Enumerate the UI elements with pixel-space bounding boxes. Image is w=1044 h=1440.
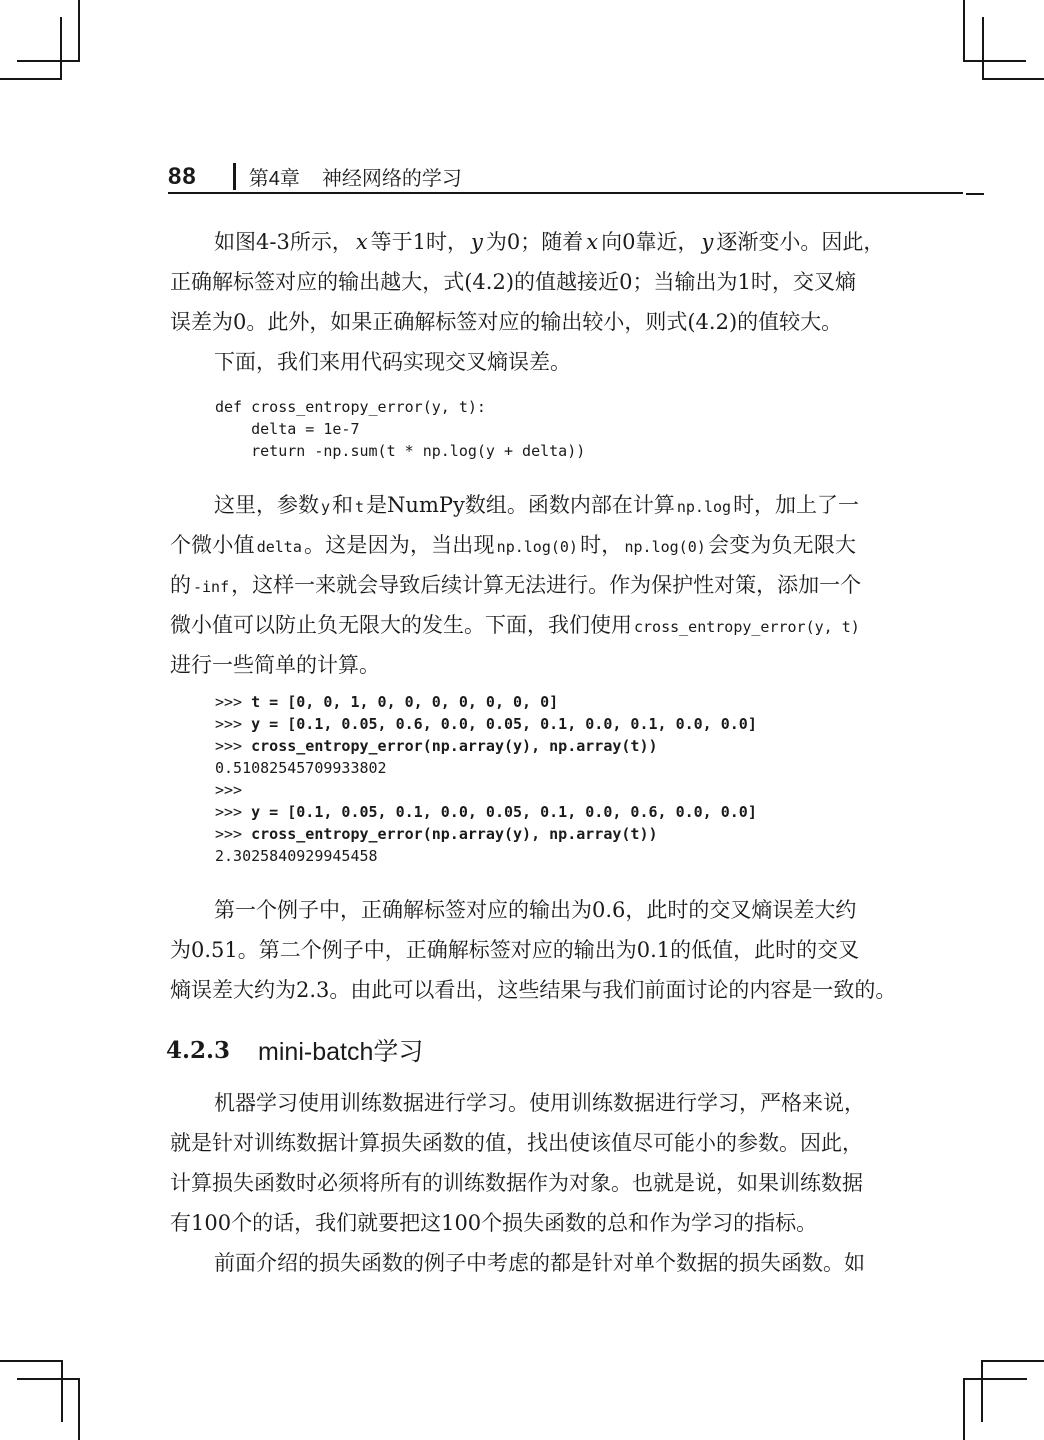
code-line: def cross_entropy_error(y, t): [215, 396, 860, 418]
body-line: 前面介绍的损失函数的例子中考虑的都是针对单个数据的损失函数。如 [170, 1243, 856, 1283]
text-run: 就是针对训练数据计算损失函数的值，找出使该值尽可能小的参数。因此， [170, 1131, 863, 1155]
code-listing-cross-entropy-error: def cross_entropy_error(y, t): delta = 1… [215, 396, 860, 462]
code-line: >>> y = [0.1, 0.05, 0.1, 0.0, 0.05, 0.1,… [215, 801, 860, 823]
inline-code: np.log(0) [495, 538, 580, 556]
crop-mark-top-right-inner-v [982, 17, 984, 80]
body-line: 机器学习使用训练数据进行学习。使用训练数据进行学习，严格来说， [170, 1083, 856, 1123]
crop-mark-top-right-outer-h [963, 60, 1026, 62]
math-variable: x [353, 230, 371, 254]
header-rule-dash [966, 193, 984, 195]
text-run: 的 [170, 573, 191, 597]
crop-mark-bottom-right-outer-h [982, 1360, 1044, 1362]
page-number: 88 [168, 163, 197, 191]
chapter-title: 神经网络的学习 [322, 162, 462, 191]
code-output-run: def cross_entropy_error(y, t): [215, 398, 486, 416]
text-run: 如图4-3所示， [214, 230, 353, 254]
inline-code: delta [255, 538, 304, 556]
code-line: >>> cross_entropy_error(np.array(y), np.… [215, 735, 860, 757]
text-run: 进行一些简单的计算。 [170, 653, 380, 677]
section-heading: 4.2.3 mini-batch学习 [166, 1033, 423, 1067]
body-line: 进行一些简单的计算。 [170, 645, 856, 685]
crop-mark-top-right-inner-h [982, 78, 1044, 80]
math-variable: y [699, 230, 717, 254]
code-output-run: >>> [215, 715, 251, 733]
body-line: 下面，我们来用代码实现交叉熵误差。 [170, 342, 856, 382]
paragraph-cross-entropy-intro: 如图4-3所示，x等于1时，y为0；随着x向0靠近，y逐渐变小。因此，正确解标签… [170, 222, 856, 342]
crop-mark-bottom-left-outer-h [0, 1360, 62, 1362]
text-run: 等于1时， [371, 230, 468, 254]
running-header: 88 第4章 神经网络的学习 [168, 161, 462, 192]
text-run: 会变为负无限大 [708, 533, 856, 557]
crop-mark-bottom-right-outer-v [981, 1360, 983, 1422]
inline-code: np.log [675, 498, 733, 516]
book-page: 88 第4章 神经网络的学习 如图4-3所示，x等于1时，y为0；随着x向0靠近… [0, 0, 1044, 1440]
chapter-label: 第4章 [249, 162, 300, 191]
body-line: 有100个的话，我们就要把这100个损失函数的总和作为学习的指标。 [170, 1203, 856, 1243]
crop-mark-top-left-inner-v [60, 17, 62, 80]
body-line: 为0.51。第二个例子中，正确解标签对应的输出为0.1的低值，此时的交叉 [170, 930, 856, 970]
code-output-run: >>> [215, 737, 251, 755]
code-line: 2.3025840929945458 [215, 845, 860, 867]
text-run: 前面介绍的损失函数的例子中考虑的都是针对单个数据的损失函数。如 [214, 1251, 865, 1275]
code-output-run: return -np.sum(t * np.log(y + delta)) [215, 442, 585, 460]
code-input-run: cross_entropy_error(np.array(y), np.arra… [251, 825, 657, 843]
math-variable: x [583, 230, 601, 254]
body-line: 计算损失函数时必须将所有的训练数据作为对象。也就是说，如果训练数据 [170, 1163, 856, 1203]
code-output-run: >>> [215, 825, 251, 843]
inline-code: cross_entropy_error(y, t) [632, 618, 862, 636]
text-run: 个微小值 [170, 533, 255, 557]
body-line: 正确解标签对应的输出越大，式(4.2)的值越接近0；当输出为1时，交叉熵 [170, 262, 856, 302]
header-rule [168, 192, 963, 194]
crop-mark-top-left-outer-v [78, 0, 80, 62]
crop-mark-bottom-left-outer-v [61, 1360, 63, 1422]
code-output-run: >>> [215, 693, 251, 711]
body-line: 熵误差大约为2.3。由此可以看出，这些结果与我们前面讨论的内容是一致的。 [170, 970, 856, 1010]
body-line: 误差为0。此外，如果正确解标签对应的输出较小，则式(4.2)的值较大。 [170, 302, 856, 342]
text-run: 时，加上了一 [733, 493, 859, 517]
code-line: >>> y = [0.1, 0.05, 0.6, 0.0, 0.05, 0.1,… [215, 713, 860, 735]
text-run: 为0；随着 [486, 230, 583, 254]
crop-mark-bottom-left-inner-v [78, 1378, 80, 1440]
text-run: 计算损失函数时必须将所有的训练数据作为对象。也就是说，如果训练数据 [170, 1171, 863, 1195]
crop-mark-top-left-outer-h [17, 60, 80, 62]
code-input-run: t = [0, 0, 1, 0, 0, 0, 0, 0, 0, 0] [251, 693, 558, 711]
text-run: 和 [332, 493, 353, 517]
crop-mark-top-right-outer-v [963, 0, 965, 62]
text-run: 误差为0。此外，如果正确解标签对应的输出较小，则式(4.2)的值较大。 [170, 310, 842, 334]
text-run: 这里，参数 [214, 493, 319, 517]
inline-code: t [353, 498, 366, 516]
chapter-divider [233, 163, 236, 190]
paragraph-code-lead-in: 下面，我们来用代码实现交叉熵误差。 [170, 342, 856, 382]
text-run: 向0靠近， [601, 230, 698, 254]
code-line: delta = 1e-7 [215, 418, 860, 440]
paragraph-example-results: 第一个例子中，正确解标签对应的输出为0.6，此时的交叉熵误差大约为0.51。第二… [170, 890, 856, 1010]
text-run: 正确解标签对应的输出越大，式(4.2)的值越接近0；当输出为1时，交叉熵 [170, 270, 856, 294]
code-output-run: 2.3025840929945458 [215, 847, 378, 865]
code-line: >>> cross_entropy_error(np.array(y), np.… [215, 823, 860, 845]
text-run: 熵误差大约为2.3。由此可以看出，这些结果与我们前面讨论的内容是一致的。 [170, 978, 896, 1002]
text-run: 。这是因为，当出现 [304, 533, 495, 557]
text-run: 是NumPy数组。函数内部在计算 [366, 493, 675, 517]
text-run: 有100个的话，我们就要把这100个损失函数的总和作为学习的指标。 [170, 1211, 817, 1235]
code-input-run: y = [0.1, 0.05, 0.1, 0.0, 0.05, 0.1, 0.0… [251, 803, 757, 821]
paragraph-delta-explanation: 这里，参数y和t是NumPy数组。函数内部在计算np.log时，加上了一个微小值… [170, 485, 856, 685]
text-run: 机器学习使用训练数据进行学习。使用训练数据进行学习，严格来说， [214, 1091, 865, 1115]
section-title: mini-batch学习 [258, 1032, 423, 1068]
text-run: 为0.51。第二个例子中，正确解标签对应的输出为0.1的低值，此时的交叉 [170, 938, 859, 962]
body-line: 微小值可以防止负无限大的发生。下面，我们使用cross_entropy_erro… [170, 605, 856, 645]
code-input-run: cross_entropy_error(np.array(y), np.arra… [251, 737, 657, 755]
code-output-run: >>> [215, 781, 242, 799]
code-line: 0.51082545709933802 [215, 757, 860, 779]
crop-mark-top-left-inner-h [0, 78, 62, 80]
code-output-run: delta = 1e-7 [215, 420, 360, 438]
body-line: 就是针对训练数据计算损失函数的值，找出使该值尽可能小的参数。因此， [170, 1123, 856, 1163]
code-line: return -np.sum(t * np.log(y + delta)) [215, 440, 860, 462]
text-run: 时， [580, 533, 623, 557]
text-run: 第一个例子中，正确解标签对应的输出为0.6，此时的交叉熵误差大约 [214, 898, 856, 922]
body-line: 第一个例子中，正确解标签对应的输出为0.6，此时的交叉熵误差大约 [170, 890, 856, 930]
crop-mark-bottom-right-inner-v [963, 1378, 965, 1440]
body-line: 个微小值delta。这是因为，当出现np.log(0)时，np.log(0)会变… [170, 525, 856, 565]
body-line: 如图4-3所示，x等于1时，y为0；随着x向0靠近，y逐渐变小。因此， [170, 222, 856, 262]
paragraph-single-data-loss: 前面介绍的损失函数的例子中考虑的都是针对单个数据的损失函数。如 [170, 1243, 856, 1283]
text-run: ，这样一来就会导致后续计算无法进行。作为保护性对策，添加一个 [231, 573, 861, 597]
text-run: 逐渐变小。因此， [716, 230, 884, 254]
section-number: 4.2.3 [166, 1037, 230, 1064]
crop-mark-bottom-left-inner-h [17, 1378, 80, 1380]
code-output-run: 0.51082545709933802 [215, 759, 387, 777]
body-line: 的-inf，这样一来就会导致后续计算无法进行。作为保护性对策，添加一个 [170, 565, 856, 605]
math-variable: y [468, 230, 486, 254]
code-output-run: >>> [215, 803, 251, 821]
crop-mark-bottom-right-inner-h [964, 1378, 1027, 1380]
code-line: >>> [215, 779, 860, 801]
inline-code: -inf [191, 578, 231, 596]
code-line: >>> t = [0, 0, 1, 0, 0, 0, 0, 0, 0, 0] [215, 691, 860, 713]
paragraph-minibatch-intro: 机器学习使用训练数据进行学习。使用训练数据进行学习，严格来说，就是针对训练数据计… [170, 1083, 856, 1243]
code-input-run: y = [0.1, 0.05, 0.6, 0.0, 0.05, 0.1, 0.0… [251, 715, 757, 733]
text-run: 下面，我们来用代码实现交叉熵误差。 [214, 350, 571, 374]
body-line: 这里，参数y和t是NumPy数组。函数内部在计算np.log时，加上了一 [170, 485, 856, 525]
text-run: 微小值可以防止负无限大的发生。下面，我们使用 [170, 613, 632, 637]
inline-code: np.log(0) [623, 538, 708, 556]
inline-code: y [319, 498, 332, 516]
code-session-examples: >>> t = [0, 0, 1, 0, 0, 0, 0, 0, 0, 0]>>… [215, 691, 860, 867]
